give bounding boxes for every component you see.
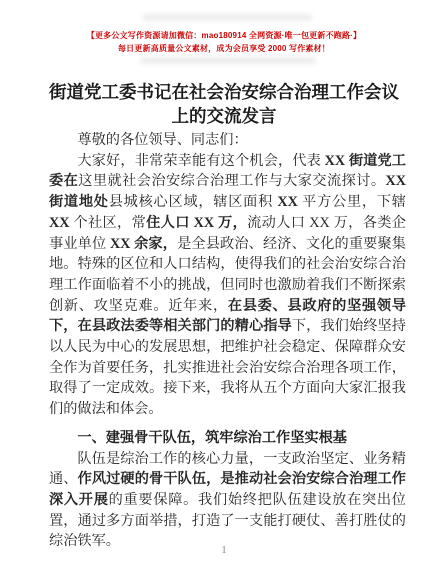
document-title-line-2: 上的交流发言: [0, 104, 448, 128]
document-title: 街道党工委书记在社会治安综合治理工作会议 上的交流发言: [0, 80, 448, 128]
bold-text-run: XX: [49, 215, 70, 231]
faded-text-artifact-top: [142, 14, 312, 21]
text-run: 这里就社会治安综合治理工作与大家交流探讨。: [78, 173, 385, 189]
text-run: 个社区，常: [70, 215, 147, 231]
section-heading: 一、建强骨干队伍，筑牢综治工作坚实根基: [49, 428, 406, 449]
bold-text-run: XX: [277, 194, 298, 210]
bold-text-run: 住人口 XX 万，: [146, 215, 247, 231]
text-run: 尊敬的各位领导、同志们：: [77, 132, 247, 148]
bold-text-run: 一、建强骨干队伍，筑牢综治工作坚实根基: [77, 430, 347, 446]
paragraph: 尊敬的各位领导、同志们：: [49, 130, 406, 151]
paragraph: 大家好，非常荣幸能有这个机会，代表 XX 街道党工委在这里就社会治安综合治理工作…: [49, 151, 406, 420]
document-page: 【更多公文写作资源请加微信：mao180914 全网资源·唯一包更新不跑路·】 …: [0, 0, 448, 580]
document-title-line-1: 街道党工委书记在社会治安综合治理工作会议: [0, 80, 448, 104]
text-run: 大家好，非常荣幸能有这个机会，代表: [77, 153, 324, 169]
faded-text-artifact-bottom: [140, 57, 316, 64]
page-number: 1: [0, 544, 448, 556]
promo-watermark: 【更多公文写作资源请加微信：mao180914 全网资源·唯一包更新不跑路·】 …: [0, 29, 448, 55]
promo-watermark-line-2: 每日更新高质量公文素材，成为会员享受 2000 写作素材！: [0, 42, 448, 55]
bold-text-run: XX 余家，: [110, 236, 177, 252]
text-run: 平方公里，下辖: [298, 194, 406, 210]
text-run: 县城核心区域，辖区面积: [109, 194, 278, 210]
promo-watermark-line-1: 【更多公文写作资源请加微信：mao180914 全网资源·唯一包更新不跑路·】: [0, 29, 448, 42]
paragraph: 队伍是综治工作的核心力量，一支政治坚定、业务精通、作风过硬的骨干队伍，是推动社会…: [49, 449, 406, 553]
document-body: 尊敬的各位领导、同志们：大家好，非常荣幸能有这个机会，代表 XX 街道党工委在这…: [49, 130, 406, 552]
